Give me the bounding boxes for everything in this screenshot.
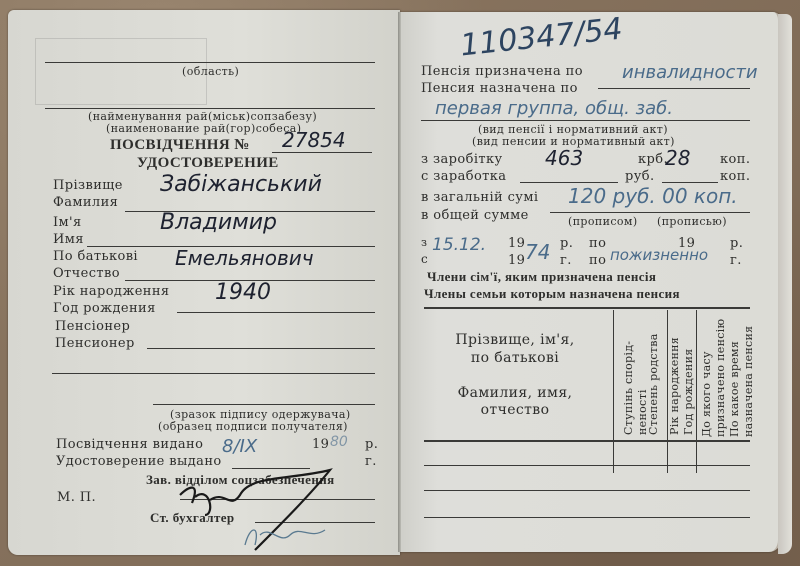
cert-number-line — [272, 152, 372, 153]
patronymic-label-ru: Отчество — [53, 266, 120, 281]
name-value: Владимир — [160, 210, 277, 235]
pension-type-value-1: инвалидности — [622, 62, 758, 83]
patronymic-value: Емельянович — [175, 246, 314, 270]
family-title-uk: Члени сім'ї, яким призначена пенсія — [427, 269, 656, 285]
from-year-prefix-1: 19 — [508, 236, 525, 251]
col3-header-uk: Рік народження — [668, 320, 682, 435]
col1-header-ru-2: отчество — [450, 402, 580, 418]
pensioner-label-ru: Пенсионер — [55, 336, 135, 351]
total-label-ru: в общей сумме — [421, 208, 529, 223]
booklet-fold — [398, 12, 401, 552]
stamp-place: М. П. — [57, 490, 96, 505]
to-year-suffix-ru: г. — [730, 253, 742, 268]
table-col-divider-1 — [613, 310, 614, 473]
from-year-suffix-ru: г. — [560, 253, 572, 268]
signature-label-ru: (образец подписи получателя) — [158, 420, 348, 433]
birth-year-label-uk: Рік народження — [53, 284, 170, 299]
earnings-label-uk: з заробітку — [421, 152, 503, 167]
to-year-suffix-uk: р. — [730, 236, 743, 251]
earnings-kop-value: 28 — [665, 146, 690, 170]
table-header-border — [424, 440, 750, 442]
table-row-line-2 — [424, 490, 750, 491]
col4-header-ru: По какое время назначена пенсия — [728, 312, 756, 437]
pension-type-line-1 — [598, 88, 750, 89]
table-row-line-1 — [424, 465, 750, 466]
region-label: (область) — [182, 65, 239, 78]
table-row-line-3 — [424, 517, 750, 518]
birth-year-value: 1940 — [215, 280, 271, 305]
signature-line — [153, 404, 375, 405]
col4-header-uk: До якого часу призначено пенсію — [700, 312, 728, 437]
col1-header-uk-1: Прізвище, ім'я, — [450, 332, 580, 348]
from-date: 15.12. — [432, 235, 486, 255]
from-year: 74 — [525, 240, 550, 264]
words-label-2: (прописью) — [657, 215, 727, 228]
name-label-uk: Ім'я — [53, 215, 82, 230]
patronymic-label-uk: По батькові — [53, 249, 138, 264]
krb-label: крб. — [638, 152, 668, 167]
surname-label-uk: Прізвище — [53, 178, 123, 193]
col1-header-uk-2: по батькові — [450, 350, 580, 366]
cert-number: 27854 — [282, 128, 346, 152]
surname-value: Забіжанський — [160, 172, 322, 197]
accountant-signature — [235, 515, 335, 555]
issued-year-prefix: 19 — [312, 437, 329, 452]
earnings-label-ru: с заработка — [421, 169, 506, 184]
col2-header-ru: Степень родства — [647, 320, 661, 435]
name-label-ru: Имя — [53, 232, 84, 247]
col3-header-ru: Год рождения — [682, 320, 696, 435]
from-year-suffix-uk: р. — [560, 236, 573, 251]
to-label-uk: по — [589, 236, 606, 251]
from-label-uk: з — [421, 236, 427, 249]
table-top-border — [424, 307, 750, 309]
pension-type-value-2: первая группа, общ. заб. — [435, 98, 673, 119]
col1-header-ru-1: Фамилия, имя, — [450, 385, 580, 401]
pensioner-line-2 — [52, 373, 375, 374]
kop-label-2: коп. — [720, 169, 750, 184]
issued-label-uk: Посвідчення видано — [56, 437, 203, 452]
pension-type-line-2 — [421, 120, 750, 121]
issued-year: 80 — [330, 434, 348, 450]
words-label-1: (прописом) — [568, 215, 638, 228]
total-label-uk: в загальній сумі — [421, 190, 538, 205]
cert-title-ru: УДОСТОВЕРЕНИЕ — [137, 155, 279, 172]
to-label-ru: по — [589, 253, 606, 268]
birth-year-label-ru: Год рождения — [53, 301, 156, 316]
from-year-prefix-2: 19 — [508, 253, 525, 268]
pension-for-label-ru: Пенсия назначена по — [421, 81, 578, 96]
total-value: 120 руб. 00 коп. — [568, 184, 738, 208]
region-line — [45, 62, 375, 63]
from-label-ru: с — [421, 252, 428, 266]
surname-label-ru: Фамилия — [53, 195, 118, 210]
office-label-ru: (наименование рай(гор)собеса) — [106, 122, 301, 135]
pensioner-line — [147, 348, 375, 349]
kop-label-1: коп. — [720, 152, 750, 167]
issued-year-suffix-uk: р. — [365, 437, 378, 452]
pension-for-label-uk: Пенсія призначена по — [421, 64, 583, 79]
pensioner-label-uk: Пенсіонер — [55, 319, 130, 334]
office-line — [45, 108, 375, 109]
to-year-prefix: 19 — [678, 236, 695, 251]
table-col-divider-3 — [696, 310, 697, 473]
rub-label: руб. — [625, 169, 655, 184]
earnings-rub-value: 463 — [545, 146, 583, 170]
birth-year-line — [177, 312, 375, 313]
family-title-ru: Члены семьи которым назначена пенсия — [424, 286, 680, 302]
earnings-rub-line — [520, 182, 618, 183]
earnings-kop-line — [662, 182, 718, 183]
issued-year-suffix-ru: г. — [365, 454, 377, 469]
page-edge — [778, 14, 792, 554]
col2-header-uk: Ступінь спорід- неності — [622, 320, 650, 435]
issued-date: 8/IX — [222, 436, 257, 457]
total-line — [550, 212, 750, 213]
cert-title-uk: ПОСВІДЧЕННЯ № — [110, 137, 250, 154]
